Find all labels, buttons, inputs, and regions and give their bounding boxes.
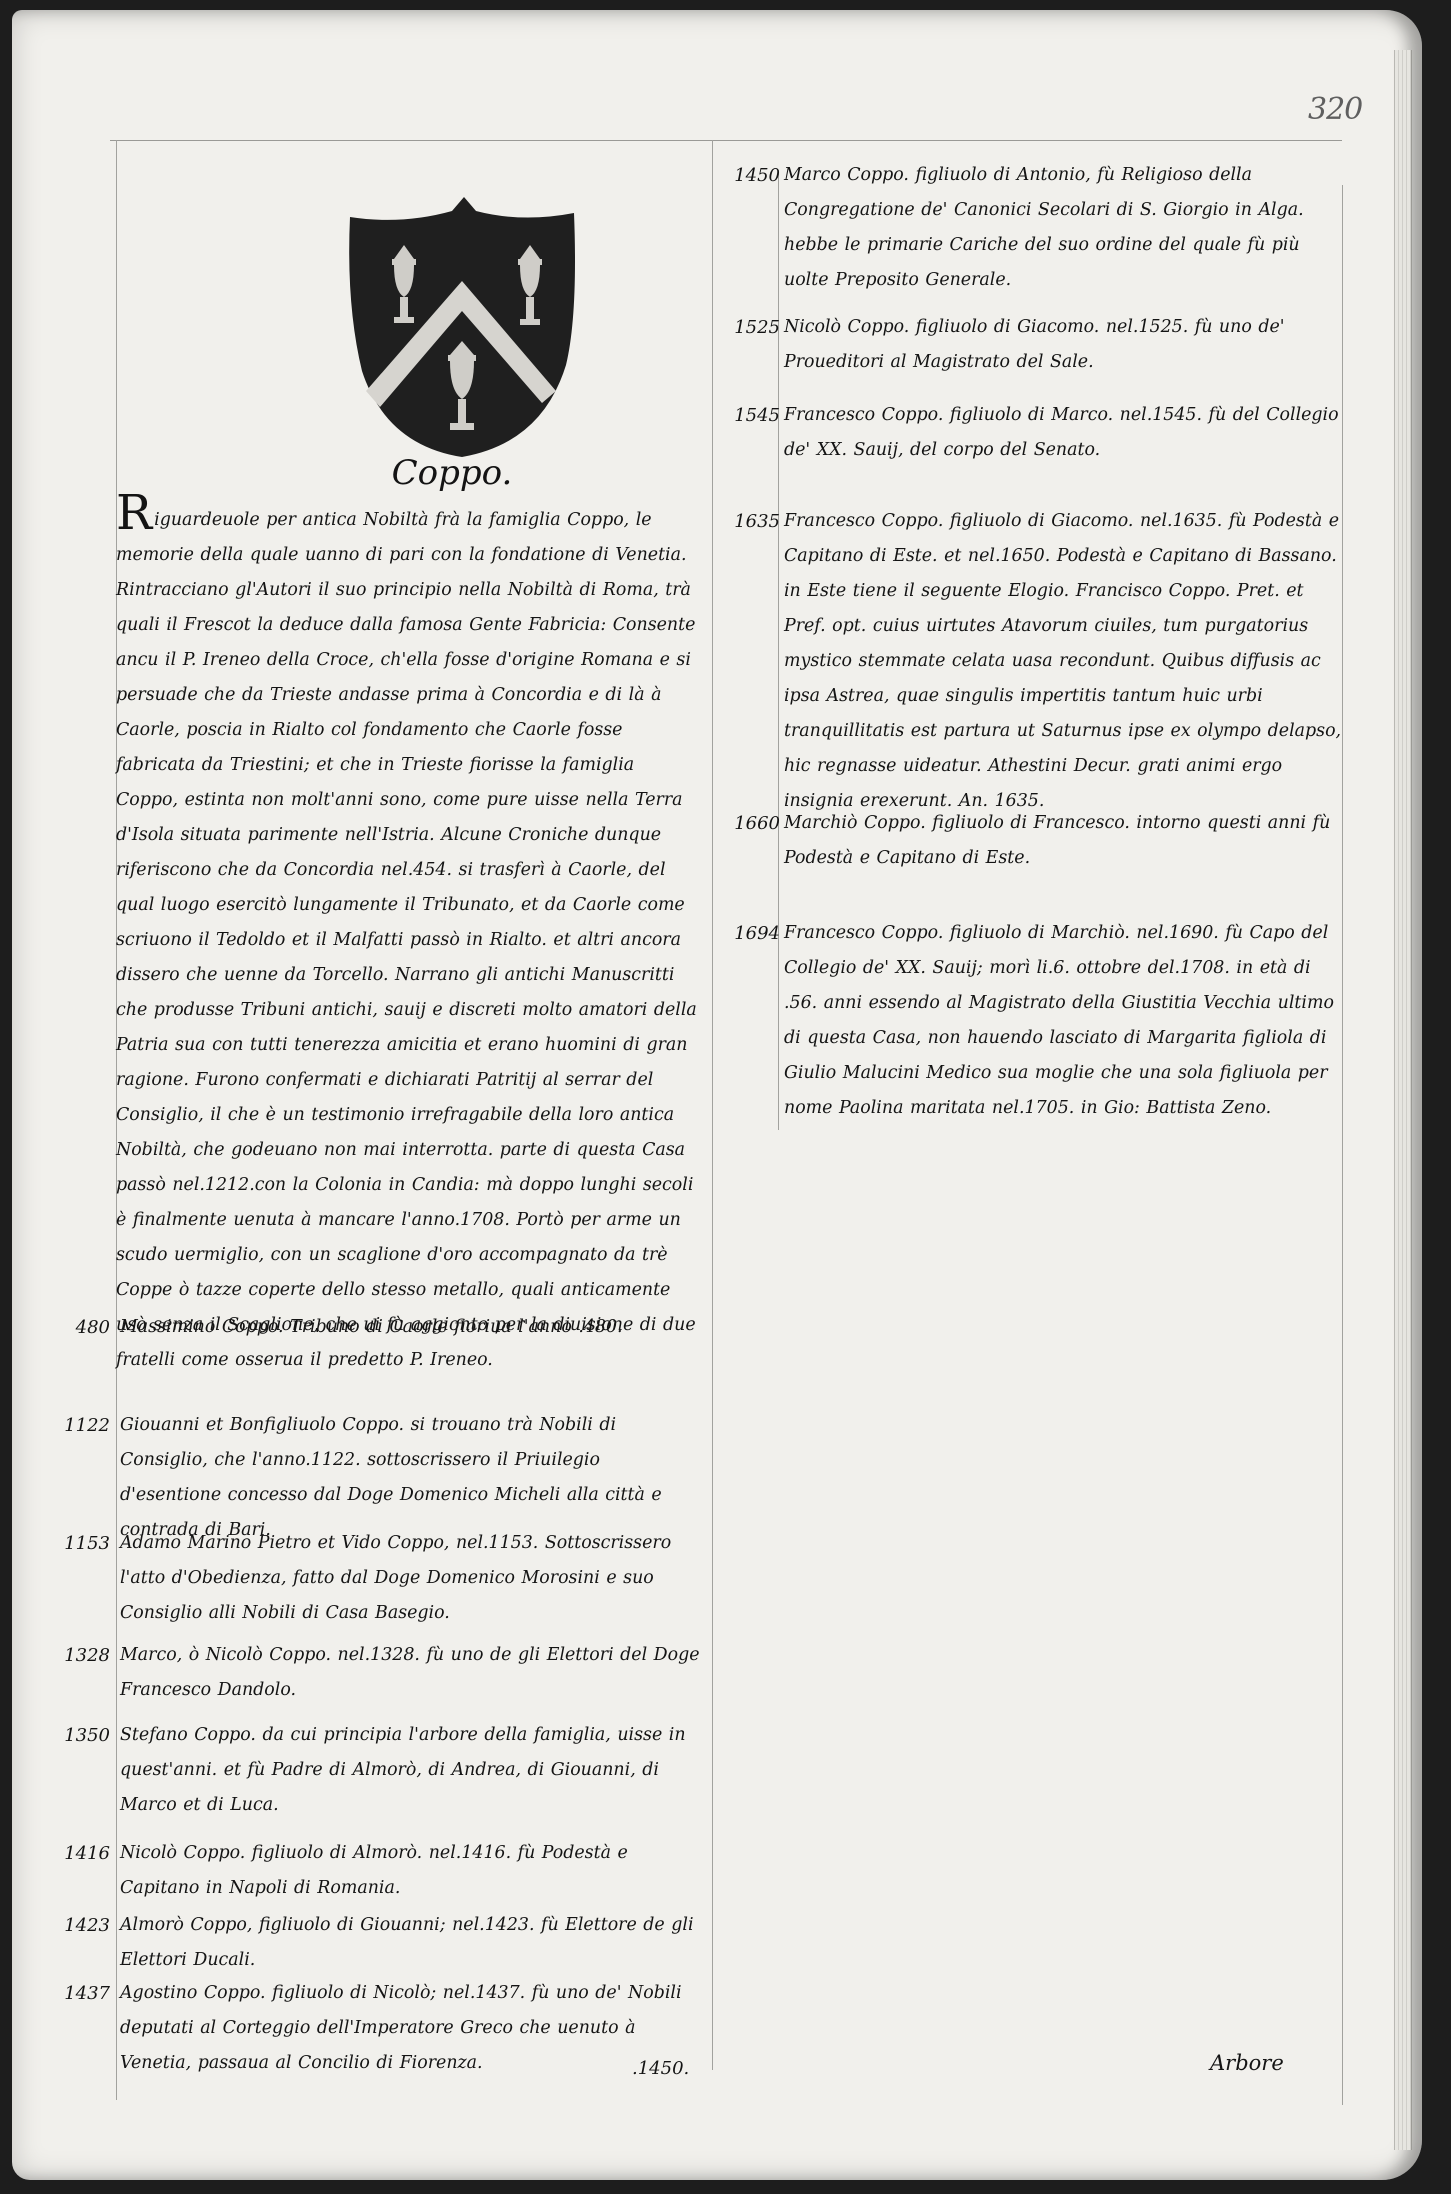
entry-year: 1350: [40, 1718, 110, 1753]
manuscript-page: 320: [12, 10, 1422, 2180]
entry-text: Almorò Coppo, figliuolo di Giouanni; nel…: [120, 1908, 700, 1978]
ruled-line-top: [110, 140, 1342, 141]
entry-text: Marchiò Coppo. figliuolo di Francesco. i…: [784, 806, 1344, 876]
catchword: Arbore: [1210, 2051, 1284, 2075]
entry-text: Nicolò Coppo. figliuolo di Giacomo. nel.…: [784, 310, 1344, 380]
entry-text: Adamo Marino Pietro et Vido Coppo, nel.1…: [120, 1526, 700, 1631]
entry-year: 1423: [40, 1908, 110, 1943]
entry-text: Nicolò Coppo. figliuolo di Almorò. nel.1…: [120, 1836, 700, 1906]
entry-year: 1122: [40, 1408, 110, 1443]
entry-text: Francesco Coppo. figliuolo di Giacomo. n…: [784, 504, 1344, 819]
drop-cap: R: [116, 485, 152, 541]
folio-number: 320: [1308, 92, 1362, 127]
entry-text: Francesco Coppo. figliuolo di Marchiò. n…: [784, 916, 1344, 1126]
entry-year: 1694: [710, 916, 780, 951]
introduction-text: iguardeuole per antica Nobiltà frà la fa…: [116, 510, 697, 1370]
entry-text: Agostino Coppo. figliuolo di Nicolò; nel…: [120, 1976, 700, 2081]
entry-text: Massimino Coppo. Tribuno di Caorle fiori…: [120, 1310, 700, 1345]
entry-year: 1635: [710, 504, 780, 539]
coat-of-arms-icon: [342, 195, 582, 460]
entry-year: 1525: [710, 310, 780, 345]
entry-year: 1660: [710, 806, 780, 841]
entry-text: Marco, ò Nicolò Coppo. nel.1328. fù uno …: [120, 1638, 700, 1708]
left-column-end-year: .1450.: [632, 2058, 689, 2079]
entry-year: 1153: [40, 1526, 110, 1561]
ruled-line-right: [1342, 185, 1343, 2105]
family-name-heading: Coppo.: [362, 453, 542, 493]
entry-year: 1328: [40, 1638, 110, 1673]
entry-year: 1545: [710, 398, 780, 433]
entry-year: 1437: [40, 1976, 110, 2011]
entry-text: Stefano Coppo. da cui principia l'arbore…: [120, 1718, 700, 1823]
entry-year: 1416: [40, 1836, 110, 1871]
page-edge: [1394, 50, 1412, 2150]
introduction-paragraph: Riguardeuole per antica Nobiltà frà la f…: [116, 498, 698, 1378]
entry-text: Marco Coppo. figliuolo di Antonio, fù Re…: [784, 158, 1344, 298]
entry-text: Francesco Coppo. figliuolo di Marco. nel…: [784, 398, 1344, 468]
entry-year: 1450: [710, 158, 780, 193]
entry-year: 480: [40, 1310, 110, 1345]
